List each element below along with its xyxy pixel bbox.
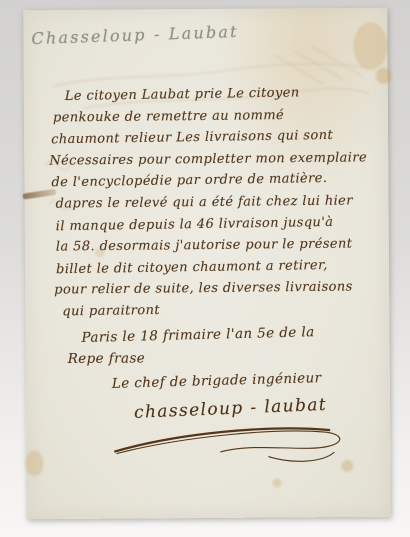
body-line: qui paraitront [25,300,389,324]
stain [95,248,105,258]
signature-flourish [108,418,358,470]
body-line: il manque depuis la 46 livraison jusqu'à [25,213,389,237]
body-line: billet le dit citoyen chaumont a retirer… [25,256,389,280]
body-line: pour relier de suite, les diverses livra… [25,278,389,302]
date-line-1: Paris le 18 frimaire l'an 5e de la [81,324,314,346]
body-line: dapres le relevé qui a été fait chez lui… [25,192,389,216]
body-line: la 58. desormais j'autorise pour le prés… [25,235,389,259]
stain [341,460,353,472]
letter-body: Le citoyen Laubat prie Le citoyen penkou… [24,84,390,324]
photo-backdrop: Chasseloup - Laubat Le citoyen Laubat pr… [0,0,410,537]
letter-paper: Chasseloup - Laubat Le citoyen Laubat pr… [23,8,391,520]
body-line: chaumont relieur Les livraisons qui sont [24,127,388,151]
stain [376,68,392,84]
body-line: Nécessaires pour completter mon exemplai… [24,149,388,173]
stain [25,450,43,476]
body-line: de l'encyclopédie par ordre de matière. [24,170,388,194]
stain [273,478,282,487]
role-line: Le chef de brigade ingénieur [112,370,322,392]
date-line-2: Repe frase [68,350,146,367]
stain [353,22,387,70]
body-line: penkouke de remettre au nommé [24,105,388,129]
body-line: Le citoyen Laubat prie Le citoyen [24,84,388,108]
